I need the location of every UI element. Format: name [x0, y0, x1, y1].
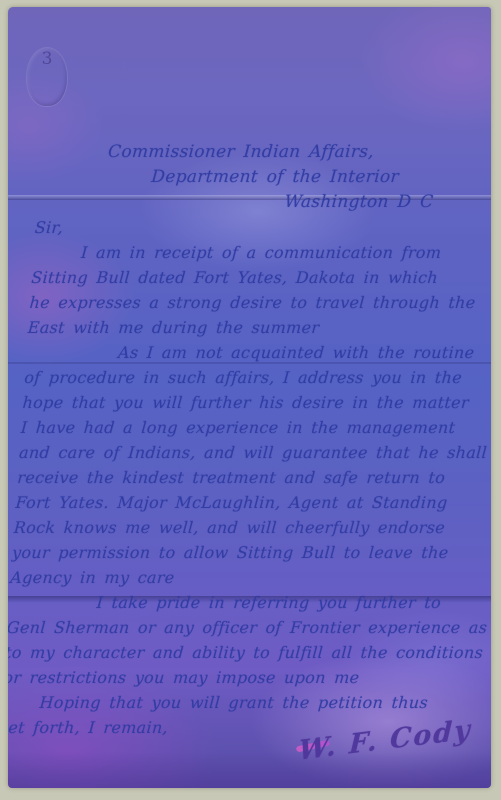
letter-body: Commissioner Indian Affairs, Department … [8, 140, 491, 740]
heading-recipient: Commissioner Indian Affairs, [107, 140, 491, 165]
letter-line: Rock knows me well, and will cheerfully … [13, 515, 480, 540]
letter-line: Fort Yates. Major McLaughlin, Agent at S… [15, 490, 482, 515]
letter-line: Sitting Bull dated Fort Yates, Dakota in… [30, 265, 491, 290]
heading-department: Department of the Interior [150, 165, 491, 190]
letter-line: I am in receipt of a communication from [80, 240, 491, 265]
letter-line: of procedure in such affairs, I address … [23, 365, 490, 390]
letter-line: receive the kindest treatment and safe r… [17, 465, 484, 490]
scanned-letter-background: 3 Commissioner Indian Affairs, Departmen… [0, 0, 501, 800]
letter-line: Genl Sherman or any officer of Frontier … [8, 615, 473, 640]
letter-line: I take pride in referring you further to [96, 590, 475, 615]
letter-line: I have had a long experience in the mana… [20, 415, 487, 440]
bottom-shading-band [8, 752, 491, 788]
letter-line: Agency in my care [10, 565, 477, 590]
letter-line: your permission to allow Sitting Bull to… [11, 540, 478, 565]
letter-line: and care of Indians, and will guarantee … [18, 440, 485, 465]
letter-line: or restrictions you may impose upon me [8, 665, 469, 690]
letter-line: he expresses a strong desire to travel t… [29, 290, 491, 315]
letter-page: 3 Commissioner Indian Affairs, Departmen… [8, 7, 491, 788]
embossed-seal: 3 [26, 47, 68, 107]
closing-line: Hoping that you will grant the petition … [39, 690, 468, 715]
heading-city: Washington D C [284, 190, 491, 215]
letter-line: to my character and ability to fulfill a… [8, 640, 471, 665]
page-mark: 3 [42, 49, 53, 69]
letter-line: East with me during the summer [27, 315, 491, 340]
salutation: Sir, [34, 215, 491, 240]
letter-line: hope that you will further his desire in… [22, 390, 489, 415]
letter-line: As I am not acquainted with the routine [117, 340, 491, 365]
